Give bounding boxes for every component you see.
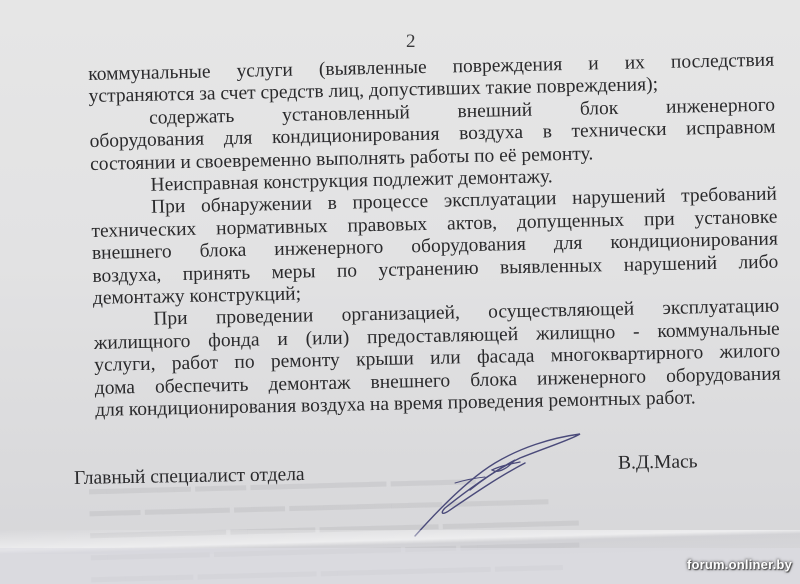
page-number: 2 bbox=[406, 31, 416, 53]
handwritten-signature-icon bbox=[400, 428, 590, 538]
signatory-name: В.Д.Мась bbox=[618, 451, 698, 474]
paper-lower-edge bbox=[0, 548, 800, 584]
document-page: 2 коммунальные услуги (выявленные повреж… bbox=[0, 0, 800, 584]
signature-block: Главный специалист отдела В.Д.Мась bbox=[74, 452, 714, 492]
document-body: коммунальные услуги (выявленные поврежде… bbox=[88, 50, 781, 423]
watermark-text: forum.onliner.by bbox=[687, 557, 792, 572]
signatory-title: Главный специалист отдела bbox=[74, 464, 305, 490]
